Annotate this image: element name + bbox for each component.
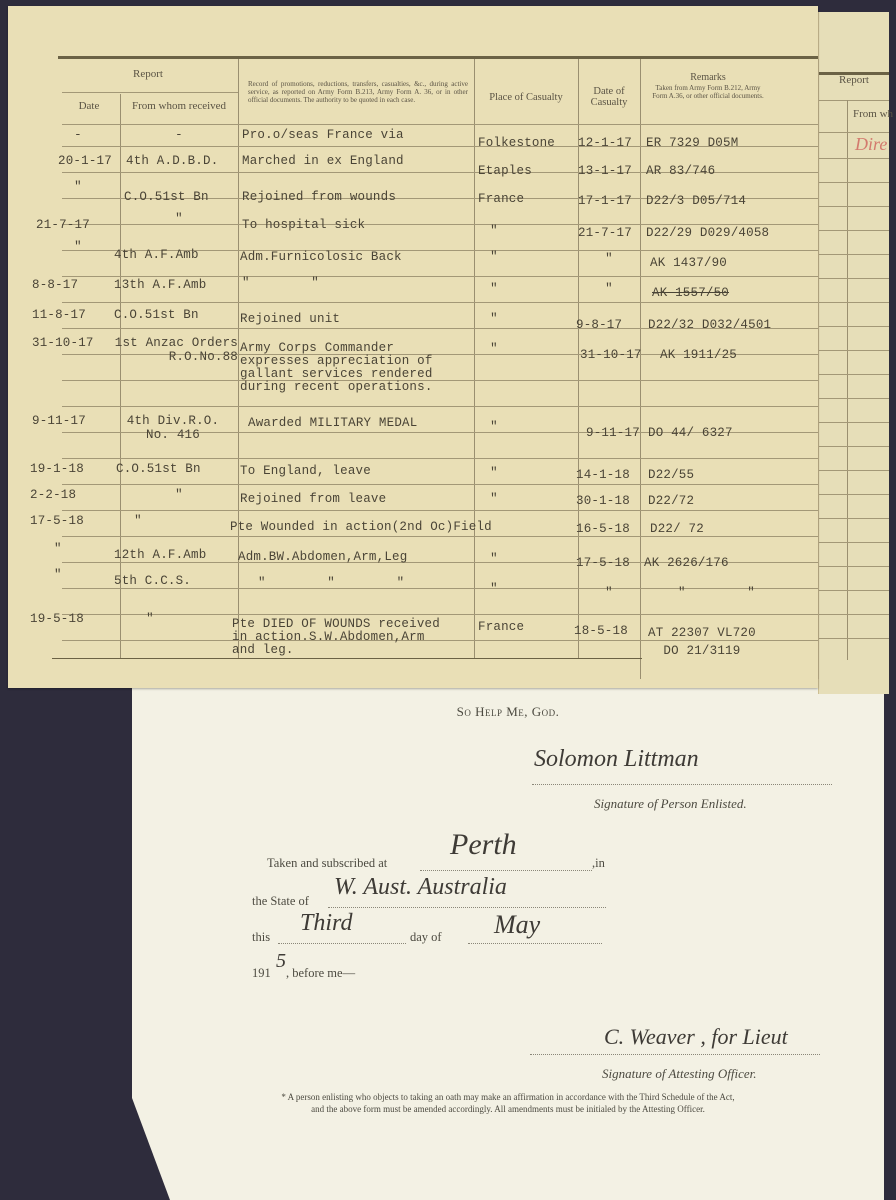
row-from: 5th C.C.S. [114, 574, 191, 588]
row-from: 4th A.D.B.D. [126, 154, 218, 168]
row-place: " [474, 282, 514, 296]
row-date: " [54, 568, 62, 582]
officer-signature-line [530, 1054, 820, 1055]
row-date: 19-1-18 [30, 462, 84, 476]
attestation-sheet: So Help Me, God. Solomon Littman Signatu… [132, 688, 884, 1200]
row-date-of-casualty: " [578, 252, 640, 266]
row-date-of-casualty: 16-5-18 [576, 522, 630, 536]
row-record: Rejoined from leave [240, 492, 386, 506]
row-remarks: D22/3 D05/714 [646, 194, 746, 208]
row-remarks: AK 1557/50 [652, 286, 729, 300]
enlisted-signature-line [532, 784, 832, 785]
header-date-of-casualty: Date of Casualty [578, 86, 640, 108]
in-label: ,in [592, 856, 605, 871]
taken-line [420, 870, 592, 871]
row-date-of-casualty: 14-1-18 [576, 468, 630, 482]
row-place: France [478, 192, 524, 206]
row-date: 9-11-17 [32, 414, 86, 428]
row-date: 11-8-17 [32, 308, 86, 322]
row-date-of-casualty: 9-11-17 [586, 426, 640, 440]
header-record: Record of promotions, reductions, transf… [248, 80, 468, 104]
row-place: " [474, 224, 514, 238]
state-label: the State of [252, 894, 309, 909]
row-place: Folkestone [478, 136, 555, 150]
row-place: Etaples [478, 164, 532, 178]
row-record: To England, leave [240, 464, 371, 478]
header-remarks: Remarks [648, 72, 768, 83]
row-record: Army Corps Commander expresses appreciat… [240, 342, 433, 394]
row-from: " [120, 488, 238, 502]
row-record: Rejoined unit [240, 312, 340, 326]
row-date: 19-5-18 [30, 612, 84, 626]
row-remarks: D22/ 72 [650, 522, 704, 536]
row-date-of-casualty: " [578, 282, 640, 296]
row-date: " [54, 542, 62, 556]
footnote-line-2: and the above form must be amended accor… [132, 1104, 884, 1114]
day-value: Third [300, 910, 352, 937]
row-date: - [48, 128, 108, 142]
row-date-of-casualty: 17-5-18 [576, 556, 630, 570]
row-date: 2-2-18 [30, 488, 76, 502]
oath-closing: So Help Me, God. [132, 704, 884, 720]
row-from: C.O.51st Bn [116, 462, 201, 476]
place-taken-value: Perth [450, 828, 517, 862]
state-line [328, 907, 606, 908]
row-remarks: D22/32 D032/4501 [648, 318, 771, 332]
row-from: " [120, 212, 238, 226]
row-date-of-casualty: 9-8-17 [576, 318, 622, 332]
day-line [278, 943, 406, 944]
enlisted-caption: Signature of Person Enlisted. [594, 796, 747, 812]
row-remarks: D22/29 D029/4058 [646, 226, 769, 240]
row-record: Awarded MILITARY MEDAL [248, 416, 417, 430]
row-record: Adm.Furnicolosic Back [240, 250, 402, 264]
officer-signature: C. Weaver , for Lieut [604, 1024, 788, 1050]
row-from: 4th A.F.Amb [114, 248, 199, 262]
officer-caption: Signature of Attesting Officer. [602, 1066, 757, 1082]
row-date: 20-1-17 [48, 154, 122, 168]
row-remarks: D22/55 [648, 468, 694, 482]
row-place: " [474, 492, 514, 506]
row-remarks: " " [678, 586, 755, 600]
row-place: " [474, 582, 514, 596]
row-date: " [48, 180, 108, 194]
taken-label: Taken and subscribed at [267, 856, 387, 871]
casualty-form: Report Date From whom received Record of… [8, 6, 818, 688]
row-remarks: AR 83/746 [646, 164, 715, 178]
row-from: 13th A.F.Amb [114, 278, 206, 292]
row-date-of-casualty: 12-1-17 [578, 136, 632, 150]
state-value: W. Aust. Australia [334, 874, 507, 901]
row-record: Marched in ex England [242, 154, 404, 168]
row-remarks: AK 1437/90 [650, 256, 727, 270]
adjacent-red-handwriting: Dire [855, 134, 887, 155]
row-place: " [474, 312, 514, 326]
month-value: May [494, 910, 540, 940]
row-remarks: AK 1911/25 [660, 348, 737, 362]
row-record: Pte DIED OF WOUNDS received in action.S.… [232, 618, 440, 657]
enlisted-signature: Solomon Littman [534, 746, 699, 773]
adjacent-report-label: Report [819, 74, 889, 86]
header-remarks-sub: Taken from Army Form B.212, Army Form A.… [648, 84, 768, 100]
row-date: 21-7-17 [36, 218, 90, 232]
row-from: C.O.51st Bn [114, 308, 199, 322]
row-from: 1st Anzac Orders R.O.No.88 [114, 336, 238, 364]
row-record: Pro.o/seas France via [242, 128, 404, 142]
row-record: To hospital sick [242, 218, 365, 232]
row-place: " [474, 250, 514, 264]
row-place: France [478, 620, 524, 634]
this-label: this [252, 930, 270, 945]
row-remarks: D22/72 [648, 494, 694, 508]
header-place: Place of Casualty [474, 92, 578, 103]
row-record: " " [242, 276, 319, 290]
row-record: Rejoined from wounds [242, 190, 396, 204]
before-me-label: , before me— [286, 966, 355, 981]
row-from: C.O.51st Bn [124, 190, 209, 204]
row-date-of-casualty: 13-1-17 [578, 164, 632, 178]
header-report: Report [58, 68, 238, 80]
row-from: " [120, 612, 180, 626]
row-date: 8-8-17 [32, 278, 78, 292]
year-digit: 5 [276, 950, 286, 973]
row-from: 4th Div.R.O. No. 416 [114, 414, 232, 442]
row-date-of-casualty: 31-10-17 [580, 348, 642, 362]
row-remarks: AK 2626/176 [644, 556, 729, 570]
year-prefix: 191 [252, 966, 271, 981]
row-record: Pte Wounded in action(2nd Oc)Field [230, 520, 492, 534]
adjacent-form-strip: Report From wh Dire [818, 12, 889, 694]
footnote-line-1: * A person enlisting who objects to taki… [132, 1092, 884, 1102]
row-date: " [48, 240, 108, 254]
row-from: " [108, 514, 168, 528]
row-date: 17-5-18 [30, 514, 84, 528]
row-place: " [474, 342, 514, 356]
row-record: Adm.BW.Abdomen,Arm,Leg [238, 550, 407, 564]
day-of-label: day of [410, 930, 442, 945]
row-date-of-casualty: 17-1-17 [578, 194, 632, 208]
row-from: - [120, 128, 238, 142]
row-remarks: AT 22307 VL720 DO 21/3119 [648, 624, 756, 660]
adjacent-from-whom-label: From wh [853, 108, 893, 120]
form-top-rule [58, 56, 818, 59]
row-remarks: DO 44/ 6327 [648, 426, 733, 440]
row-from: 12th A.F.Amb [114, 548, 206, 562]
month-line [468, 943, 602, 944]
row-date: 31-10-17 [32, 336, 94, 350]
row-place: " [474, 552, 514, 566]
row-date-of-casualty: 21-7-17 [578, 226, 632, 240]
row-record: " " " [258, 576, 404, 590]
row-date-of-casualty: 30-1-18 [576, 494, 630, 508]
header-from-whom: From whom received [120, 100, 238, 112]
row-remarks: ER 7329 D05M [646, 136, 738, 150]
row-date-of-casualty: 18-5-18 [574, 624, 628, 638]
row-date-of-casualty: " [578, 586, 640, 600]
row-place: " [474, 466, 514, 480]
header-date: Date [58, 100, 120, 112]
row-place: " [474, 420, 514, 434]
